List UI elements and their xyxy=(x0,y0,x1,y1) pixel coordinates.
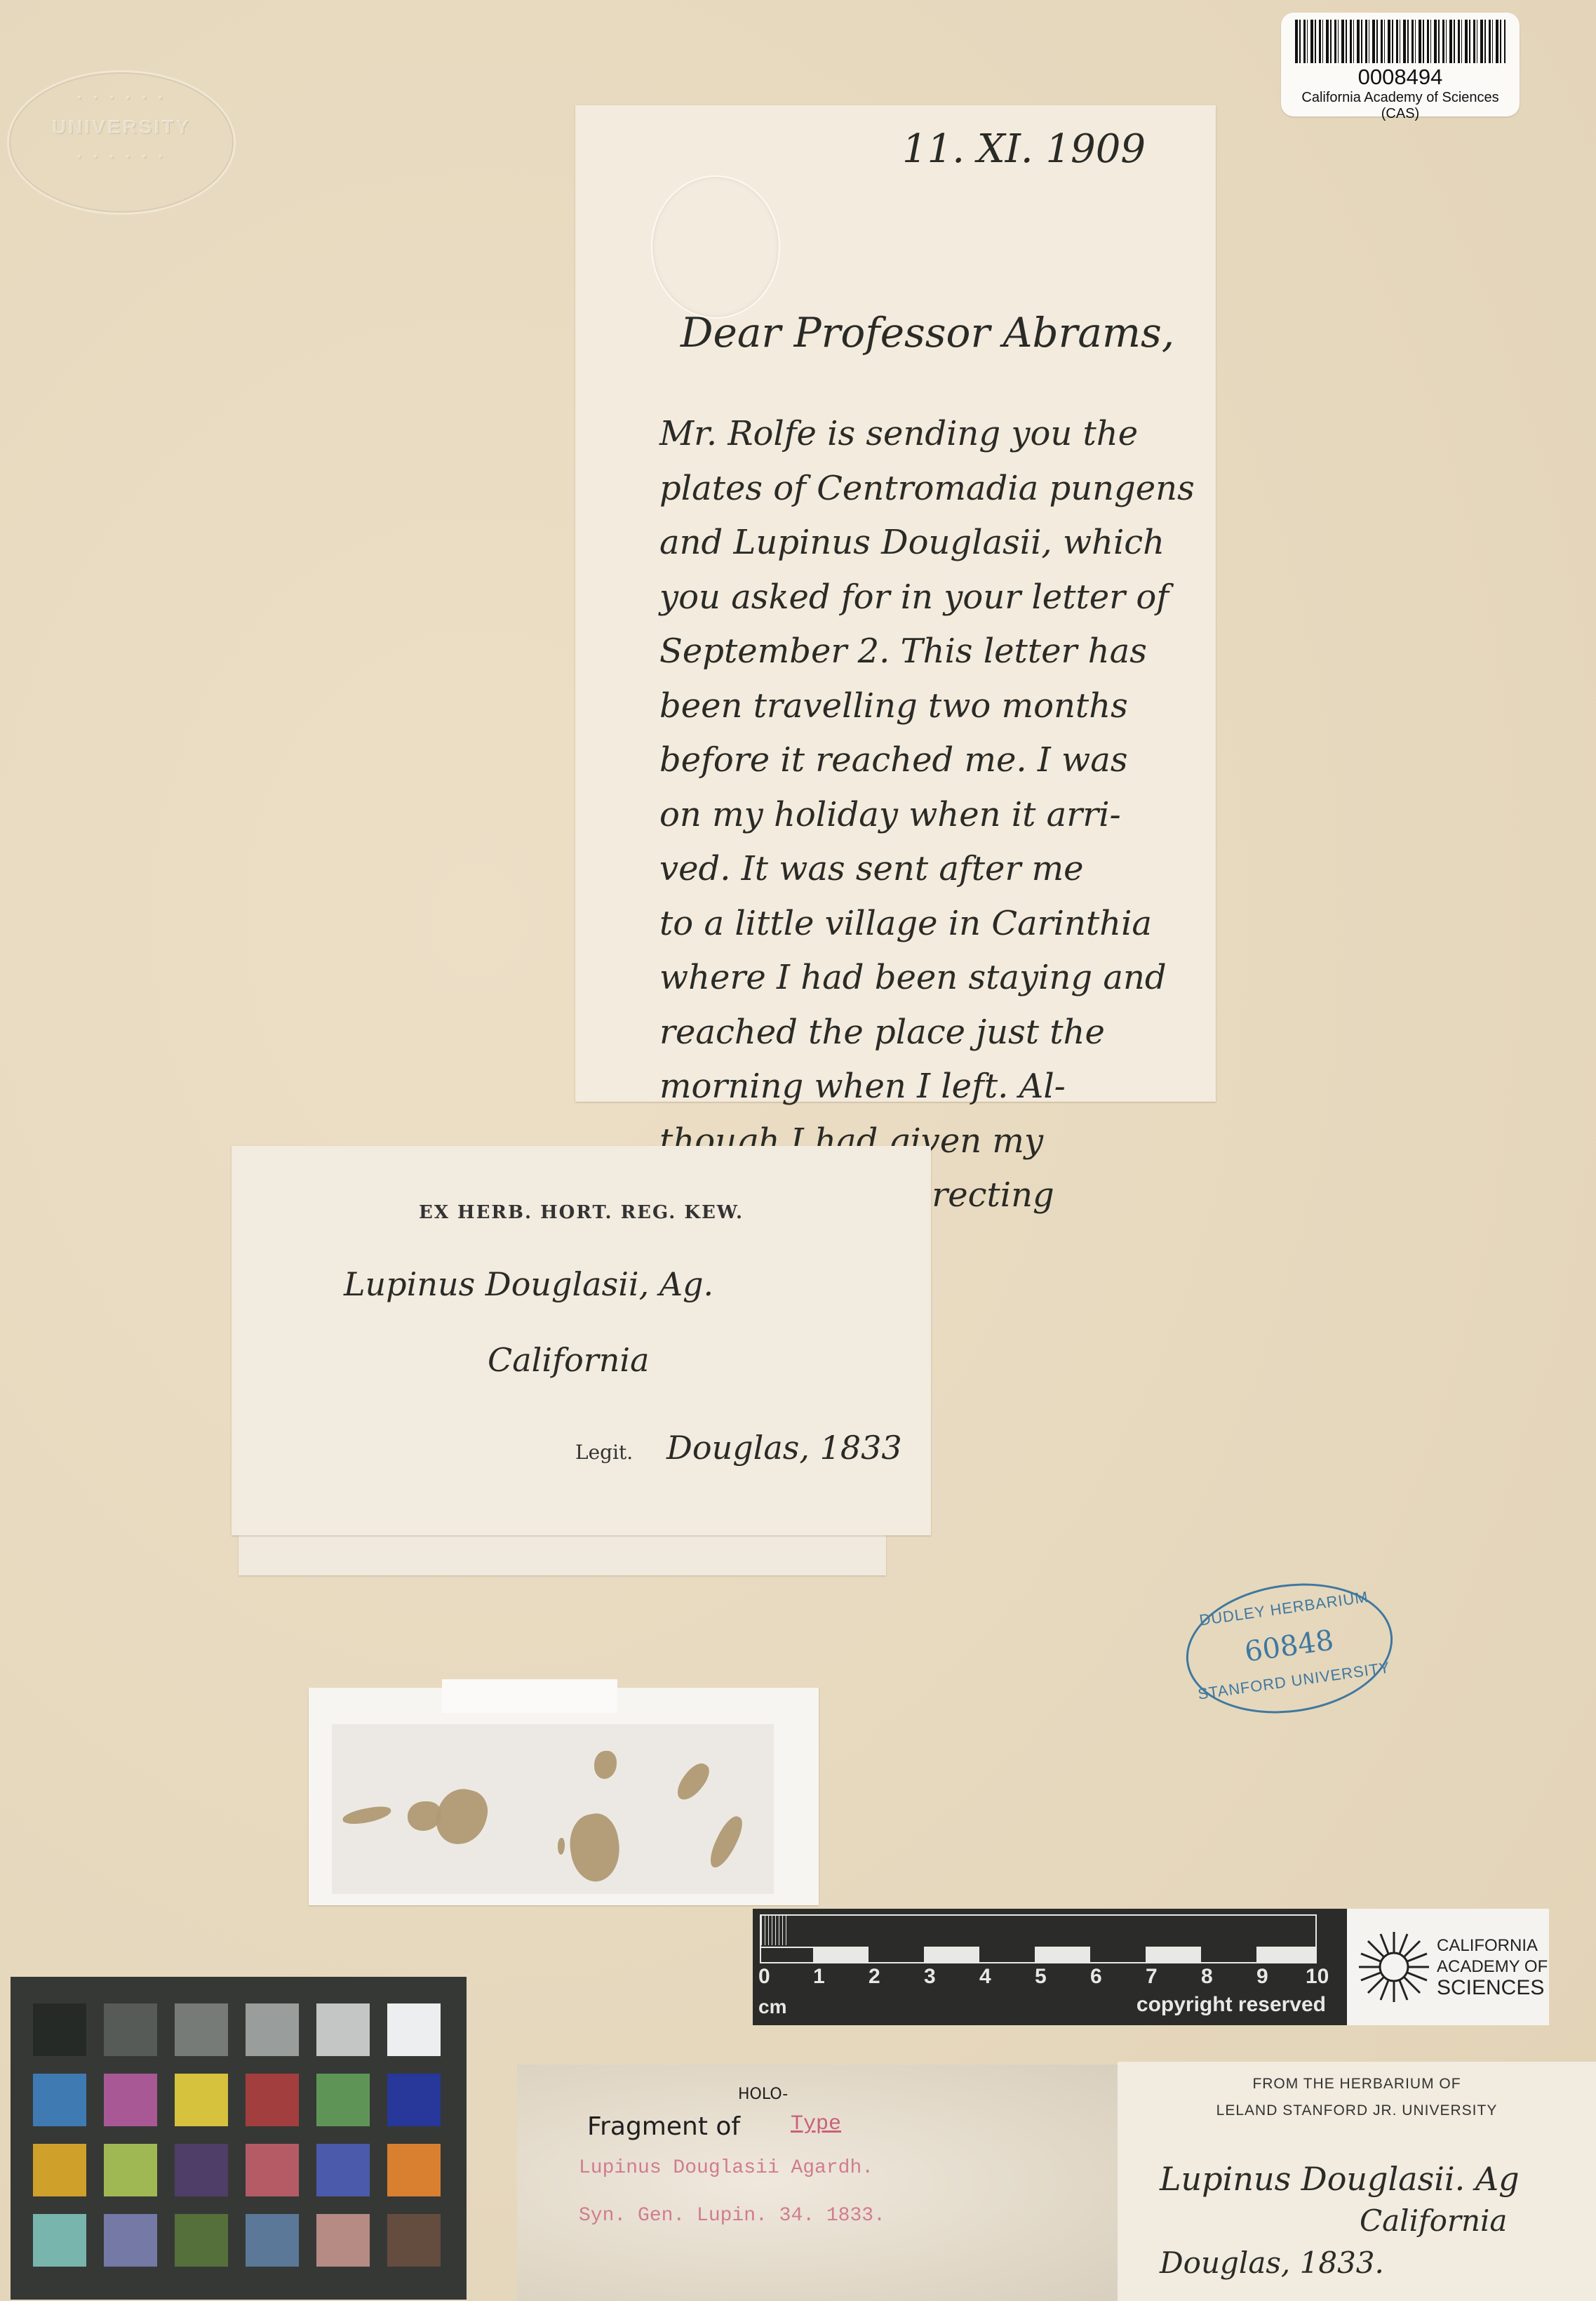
institution-name: California Academy of Sciences (CAS) xyxy=(1281,90,1520,122)
scale-tick: 1 xyxy=(813,1965,825,1989)
fragment-title: Fragment of xyxy=(587,2112,740,2141)
color-swatch xyxy=(387,2003,441,2056)
color-swatch xyxy=(175,2003,228,2056)
letter-line: you asked for in your letter of xyxy=(659,571,1193,625)
embossed-seal-icon: · · · · · · UNIVERSITY · · · · · · xyxy=(7,70,236,215)
catalog-number: 0008494 xyxy=(1281,65,1520,90)
letter-line: plates of Centromadia pungens xyxy=(659,462,1193,516)
petal-fragment xyxy=(705,1813,746,1872)
color-swatch xyxy=(387,2074,441,2126)
petal-fragment xyxy=(673,1759,714,1805)
barcode-icon xyxy=(1295,20,1506,63)
letter-line: morning when I left. Al- xyxy=(659,1060,1193,1114)
color-swatch xyxy=(246,2144,299,2196)
color-swatch xyxy=(387,2214,441,2267)
stanford-locality: California xyxy=(1360,2203,1507,2238)
letter-line: ved. It was sent after me xyxy=(659,842,1193,897)
petal-fragment xyxy=(342,1804,392,1827)
color-swatch xyxy=(316,2003,370,2056)
color-swatch xyxy=(104,2074,157,2126)
scale-tick: 8 xyxy=(1201,1965,1213,1989)
color-checker-card xyxy=(11,1977,467,2300)
color-swatch xyxy=(246,2003,299,2056)
royal-gardens-kew-crest-icon xyxy=(651,175,780,319)
color-swatch xyxy=(175,2074,228,2126)
scale-tick: 5 xyxy=(1035,1965,1047,1989)
letter-line: on my holiday when it arri- xyxy=(659,788,1193,843)
scale-track xyxy=(760,1914,1317,1963)
stanford-label-header: FROM THE HERBARIUM OF xyxy=(1118,2076,1596,2093)
petal-fragment xyxy=(565,1810,625,1886)
color-swatch xyxy=(175,2214,228,2267)
dudley-herbarium-stamp: DUDLEY HERBARIUM 60848 STANFORD UNIVERSI… xyxy=(1178,1570,1401,1726)
color-swatch xyxy=(104,2214,157,2267)
scale-tick: 3 xyxy=(924,1965,936,1989)
color-swatch xyxy=(387,2144,441,2196)
scale-tick: 4 xyxy=(979,1965,991,1989)
petal-fragment xyxy=(558,1838,565,1855)
petal-fragment xyxy=(431,1783,492,1850)
stanford-herbarium-label: FROM THE HERBARIUM OF LELAND STANFORD JR… xyxy=(1118,2062,1596,2301)
color-swatch xyxy=(33,2214,86,2267)
letter-body: Mr. Rolfe is sending you the plates of C… xyxy=(659,407,1193,1223)
scale-tick: 0 xyxy=(758,1965,770,1989)
color-swatch xyxy=(316,2144,370,2196)
scale-tick: 10 xyxy=(1306,1965,1329,1989)
letter-line: reached the place just the xyxy=(659,1006,1193,1060)
taxon-citation: Syn. Gen. Lupin. 34. 1833. xyxy=(579,2205,885,2227)
kew-collector: Douglas, 1833 xyxy=(666,1429,902,1467)
color-swatch xyxy=(316,2214,370,2267)
letter-line: and Lupinus Douglasii, which xyxy=(659,516,1193,571)
color-swatch xyxy=(33,2074,86,2126)
emboss-text: UNIVERSITY xyxy=(9,116,234,138)
envelope-flap xyxy=(442,1679,617,1713)
scale-tick: 7 xyxy=(1146,1965,1158,1989)
kew-locality: California xyxy=(488,1341,650,1379)
fragment-of-type-label: HOLO- Fragment of Type Lupinus Douglasii… xyxy=(517,2065,1118,2301)
plant-fragments xyxy=(332,1724,774,1894)
cas-line3: SCIENCES xyxy=(1437,1977,1548,1999)
cas-logo: CALIFORNIA ACADEMY OF SCIENCES xyxy=(1347,1909,1549,2025)
color-swatch xyxy=(104,2144,157,2196)
color-swatch xyxy=(33,2144,86,2196)
cas-logo-text: CALIFORNIA ACADEMY OF SCIENCES xyxy=(1437,1935,1548,1999)
petal-fragment xyxy=(594,1751,617,1779)
taxon-name: Lupinus Douglasii Agardh. xyxy=(579,2157,873,2179)
letter-line: September 2. This letter has xyxy=(659,625,1193,679)
letter-salutation: Dear Professor Abrams, xyxy=(680,309,1174,356)
kew-legit-prefix: Legit. xyxy=(575,1441,633,1464)
color-swatch xyxy=(246,2214,299,2267)
cas-line1: CALIFORNIA xyxy=(1437,1935,1548,1956)
scale-tick: 9 xyxy=(1256,1965,1268,1989)
scale-tick: 2 xyxy=(869,1965,880,1989)
color-swatch xyxy=(246,2074,299,2126)
color-swatch xyxy=(316,2074,370,2126)
letter-line: where I had been staying and xyxy=(659,951,1193,1006)
letter-line: been travelling two months xyxy=(659,679,1193,734)
kew-species-name: Lupinus Douglasii, Ag. xyxy=(344,1265,713,1303)
kew-herbarium-label: EX HERB. HORT. REG. KEW. Lupinus Douglas… xyxy=(232,1146,931,1535)
cas-starburst-logo-icon xyxy=(1355,1928,1433,2006)
kew-label-header: EX HERB. HORT. REG. KEW. xyxy=(232,1202,931,1223)
color-swatch xyxy=(104,2003,157,2056)
stanford-collector: Douglas, 1833. xyxy=(1160,2246,1384,2280)
color-swatch xyxy=(175,2144,228,2196)
scale-unit: cm xyxy=(758,1996,786,2018)
letter-line: to a little village in Carinthia xyxy=(659,897,1193,952)
letter-line: Mr. Rolfe is sending you the xyxy=(659,407,1193,462)
copyright-notice: copyright reserved xyxy=(1136,1993,1326,2017)
stanford-species-name: Lupinus Douglasii. Ag xyxy=(1160,2160,1520,2198)
color-swatch xyxy=(33,2003,86,2056)
letter-date: 11. XI. 1909 xyxy=(902,126,1146,172)
cas-line2: ACADEMY OF xyxy=(1437,1956,1548,1977)
scale-ticks: 0 1 2 3 4 5 6 7 8 9 10 xyxy=(758,1965,1320,1993)
fragment-envelope[interactable] xyxy=(309,1688,819,1905)
scale-bar: 0 1 2 3 4 5 6 7 8 9 10 cm copyright rese… xyxy=(753,1909,1347,2025)
holo-annotation: HOLO- xyxy=(738,2086,788,2103)
letter-line: before it reached me. I was xyxy=(659,733,1193,788)
scale-tick: 6 xyxy=(1090,1965,1102,1989)
stanford-label-subheader: LELAND STANFORD JR. UNIVERSITY xyxy=(1118,2102,1596,2119)
type-designation: Type xyxy=(791,2112,841,2136)
handwritten-letter: 11. XI. 1909 Dear Professor Abrams, Mr. … xyxy=(575,105,1216,1102)
barcode-label: 0008494 California Academy of Sciences (… xyxy=(1281,13,1520,116)
